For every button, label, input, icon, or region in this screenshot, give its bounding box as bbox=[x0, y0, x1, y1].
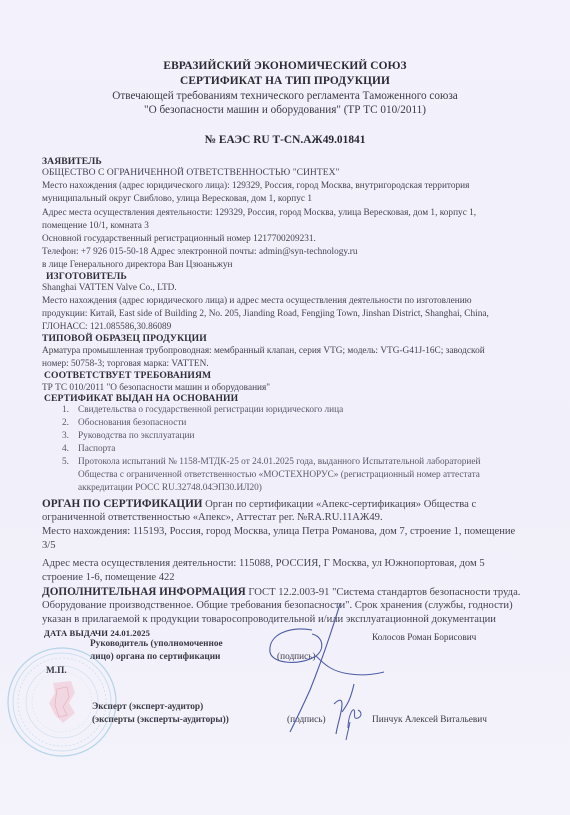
head-role-2: лицо) органа по сертификации bbox=[90, 651, 220, 664]
certification-body-label: ОРГАН ПО СЕРТИФИКАЦИИ bbox=[42, 498, 203, 510]
applicant-legal-address-1: Место нахождения (адрес юридического лиц… bbox=[42, 180, 469, 193]
certification-body-line-1: ОРГАН ПО СЕРТИФИКАЦИИ Орган по сертифика… bbox=[42, 497, 476, 512]
issue-date: ДАТА ВЫДАЧИ 24.01.2025 bbox=[44, 628, 150, 638]
applicant-activity-address-1: Адрес места осуществления деятельности: … bbox=[42, 207, 476, 220]
document-type-title: СЕРТИФИКАТ НА ТИП ПРОДУКЦИИ bbox=[0, 75, 570, 87]
certificate-number: № ЕАЭС RU Т-CN.АЖ49.01841 bbox=[0, 134, 570, 146]
manufacturer-address-1: Место нахождения (адрес юридического лиц… bbox=[42, 295, 472, 308]
basis-label: СЕРТИФИКАТ ВЫДАН НА ОСНОВАНИИ bbox=[44, 393, 238, 404]
certification-body-activity-address-1: Адрес места осуществления деятельности: … bbox=[42, 557, 485, 571]
product-label: ТИПОВОЙ ОБРАЗЕЦ ПРОДУКЦИИ bbox=[42, 333, 207, 344]
expert-signature-icon bbox=[328, 682, 368, 742]
applicant-ogrn: Основной государственный регистрационный… bbox=[42, 233, 316, 246]
seal-label: М.П. bbox=[46, 665, 67, 678]
applicant-legal-address-2: муниципальный округ Свиблово, улица Вере… bbox=[42, 193, 312, 206]
applicant-activity-address-2: помещение 10/1, комната 3 bbox=[42, 220, 149, 233]
basis-list: 1.Свидетельства о государственной регист… bbox=[62, 404, 480, 495]
expert-role-1: Эксперт (эксперт-аудитор) bbox=[92, 701, 203, 714]
head-signature-icon bbox=[260, 600, 390, 750]
basis-item-continuation: Общества с ограниченной ответственностью… bbox=[62, 469, 480, 482]
expert-role-2: (эксперты (эксперты-аудиторы)) bbox=[92, 714, 229, 727]
certificate-page: ЕВРАЗИЙСКИЙ ЭКОНОМИЧЕСКИЙ СОЮЗ СЕРТИФИКА… bbox=[0, 0, 570, 815]
conformity-label: СООТВЕТСТВУЕТ ТРЕБОВАНИЯМ bbox=[44, 370, 211, 381]
certification-body-address-2: 3/5 bbox=[42, 539, 56, 553]
applicant-name: ОБЩЕСТВО С ОГРАНИЧЕННОЙ ОТВЕТСТВЕННОСТЬЮ… bbox=[42, 166, 339, 179]
basis-item: 1.Свидетельства о государственной регист… bbox=[62, 404, 480, 417]
regulation-name: "О безопасности машин и оборудования" (Т… bbox=[0, 104, 570, 116]
certification-body-activity-address-2: строение 1-6, помещение 422 bbox=[42, 571, 175, 585]
basis-item-continuation: аккредитации РОСС RU.32748.04ЭП30.ИЛ20) bbox=[62, 482, 480, 495]
basis-item: 2.Обоснования безопасности bbox=[62, 417, 480, 430]
basis-item: 4.Паспорта bbox=[62, 443, 480, 456]
certification-body-address-1: Место нахождения: 115193, Россия, город … bbox=[42, 525, 515, 539]
manufacturer-name: Shanghai VATTEN Valve Co., LTD. bbox=[42, 282, 177, 295]
applicant-contacts: Телефон: +7 926 015-50-18 Адрес электрон… bbox=[42, 246, 358, 259]
regulation-subtitle: Отвечающей требованиям технического регл… bbox=[0, 90, 570, 102]
certification-body-line-2: ограниченной ответственностью «Апекс», А… bbox=[42, 511, 383, 525]
basis-item: 3.Руководства по эксплуатации bbox=[62, 430, 480, 443]
head-role-1: Руководитель (уполномоченное bbox=[90, 638, 223, 651]
additional-info-line-1: ДОПОЛНИТЕЛЬНАЯ ИНФОРМАЦИЯ ГОСТ 12.2.003-… bbox=[42, 585, 520, 600]
additional-info-label: ДОПОЛНИТЕЛЬНАЯ ИНФОРМАЦИЯ bbox=[42, 586, 246, 598]
manufacturer-address-2: продукции: Китай, East side of Building … bbox=[42, 308, 489, 321]
basis-item: 5.Протокола испытаний № 1158-МТДК-25 от … bbox=[62, 456, 480, 469]
manufacturer-label: ИЗГОТОВИТЕЛЬ bbox=[46, 271, 127, 282]
union-title: ЕВРАЗИЙСКИЙ ЭКОНОМИЧЕСКИЙ СОЮЗ bbox=[0, 60, 570, 72]
product-description-1: Арматура промышленная трубопроводная: ме… bbox=[42, 345, 485, 358]
